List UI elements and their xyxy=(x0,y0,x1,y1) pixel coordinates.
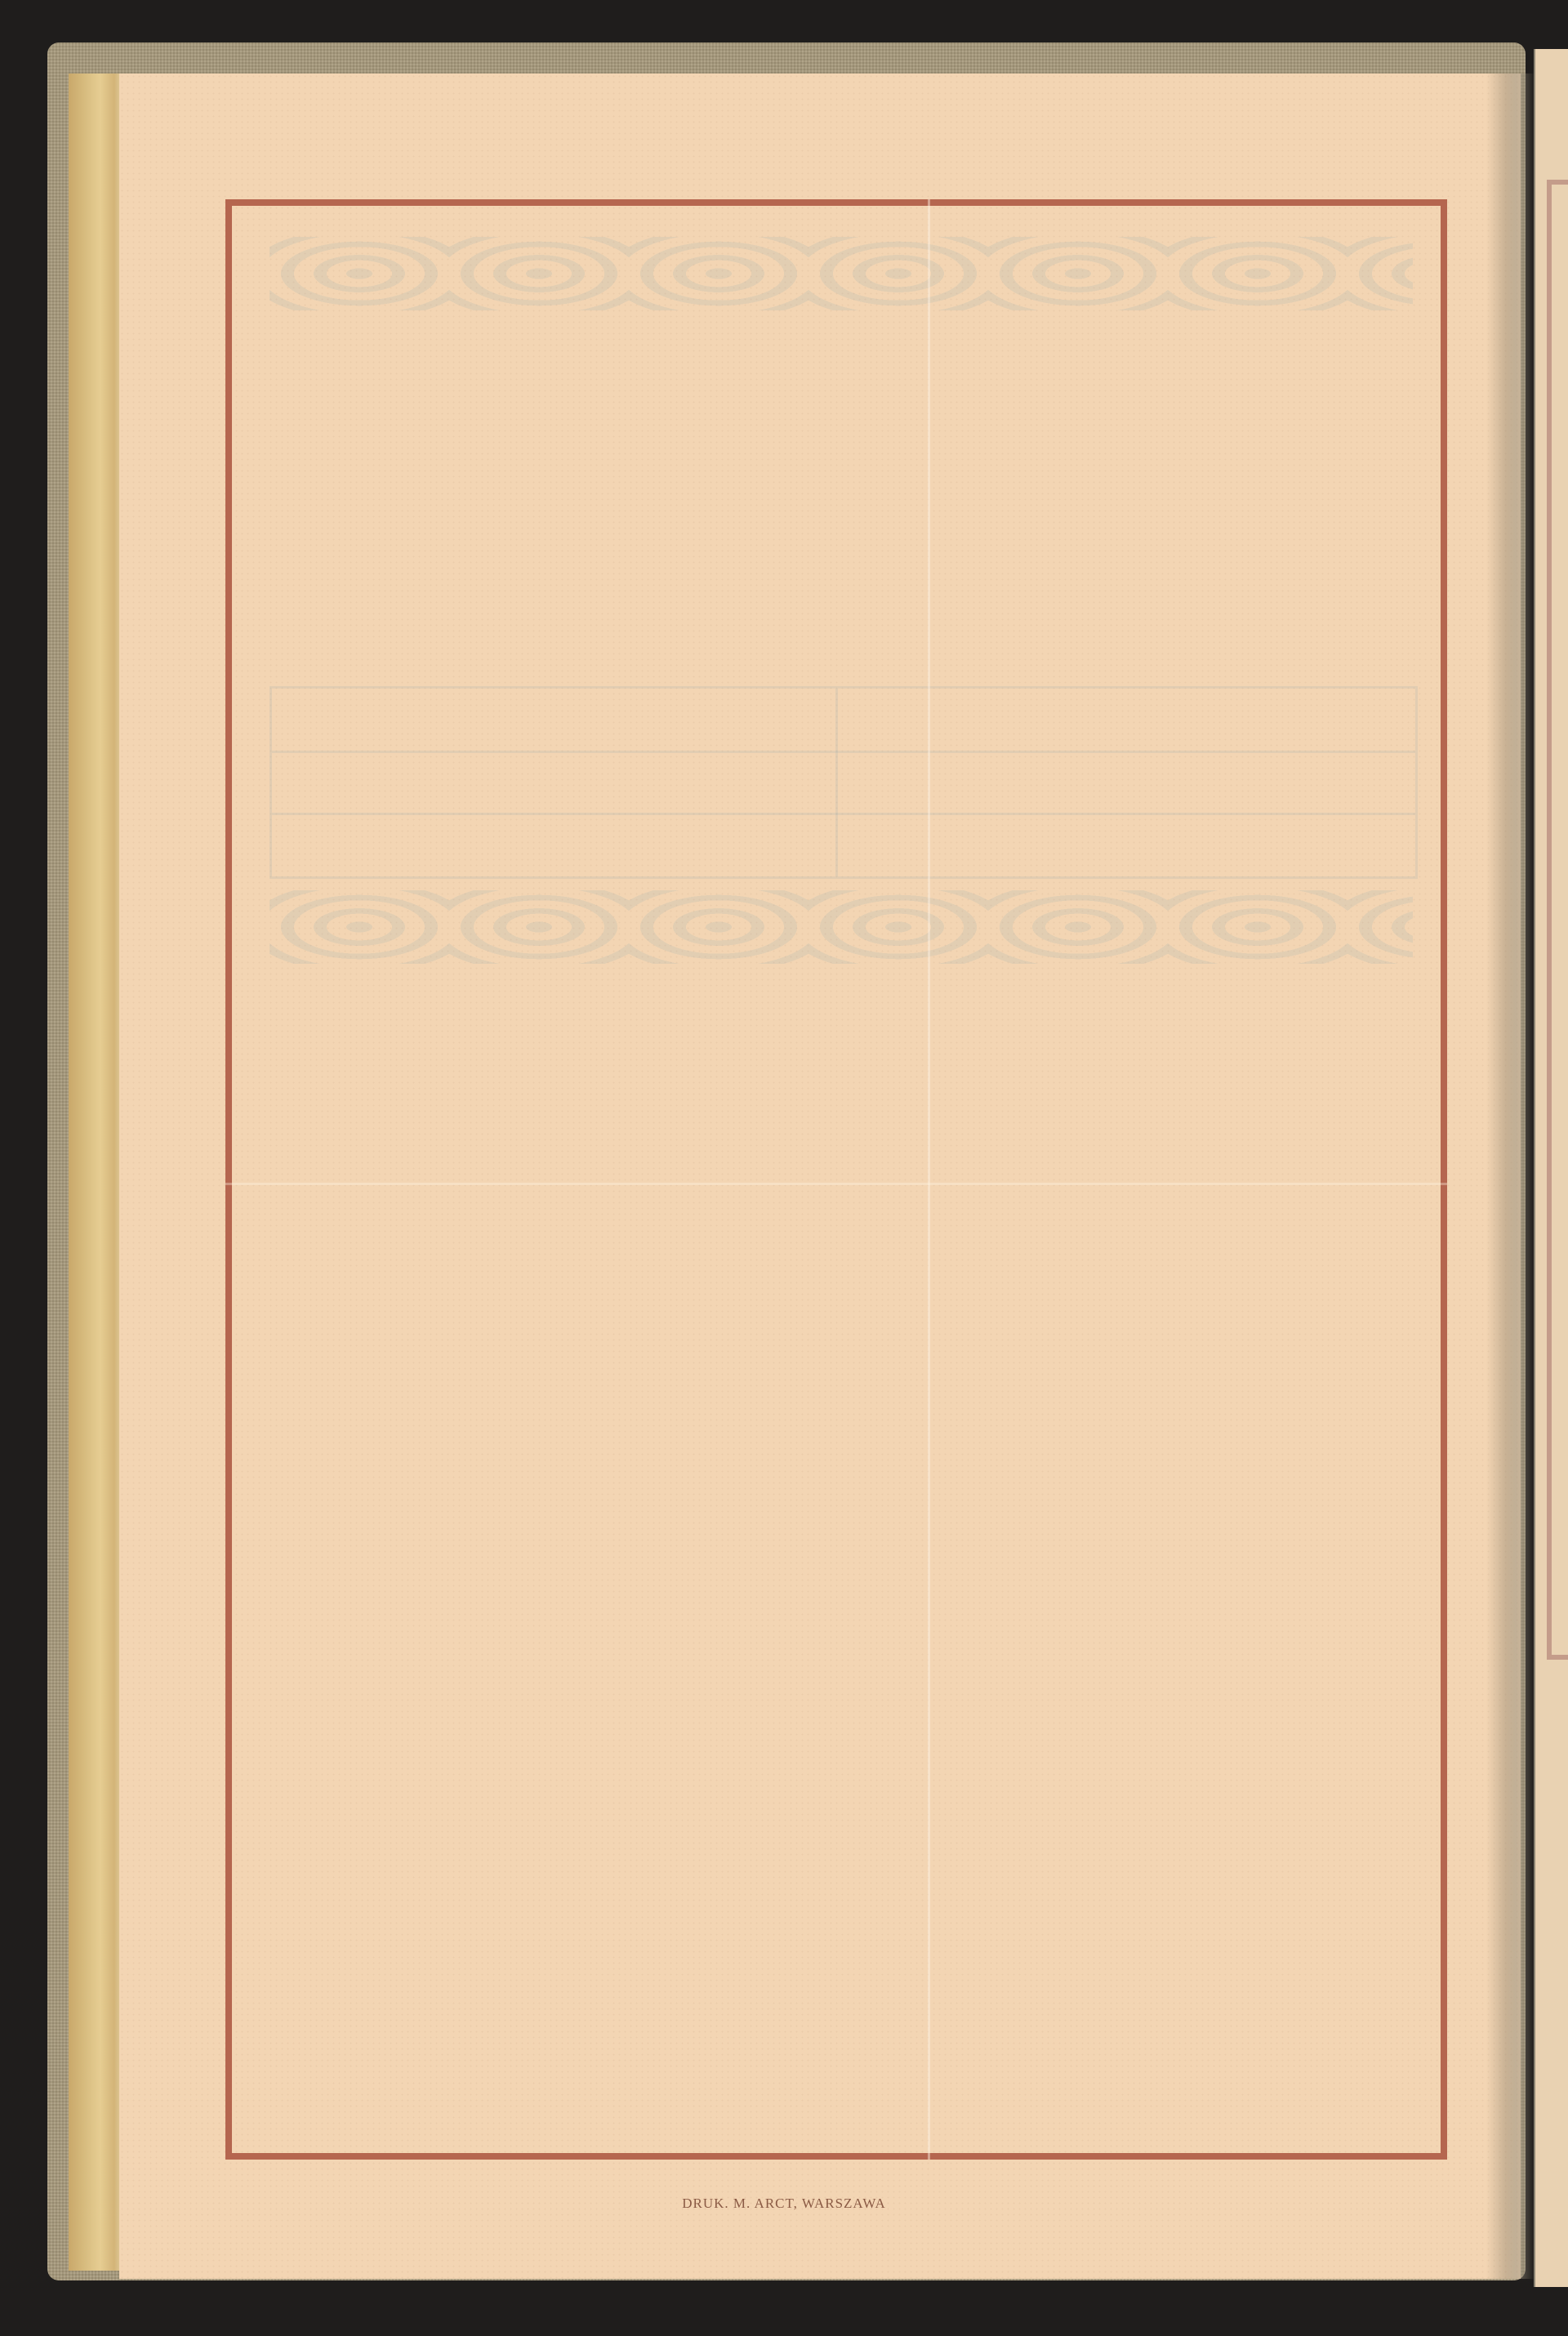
adjacent-page-border xyxy=(1547,180,1568,1660)
vertical-fold-line xyxy=(928,199,930,2160)
horizontal-fold-line xyxy=(225,1183,1447,1185)
gutter-shadow xyxy=(1486,74,1535,2279)
printer-imprint: DRUK. M. ARCT, WARSZAWA xyxy=(0,2196,1568,2212)
gilt-fore-edge xyxy=(69,74,126,2271)
page-border-frame xyxy=(225,199,1447,2160)
